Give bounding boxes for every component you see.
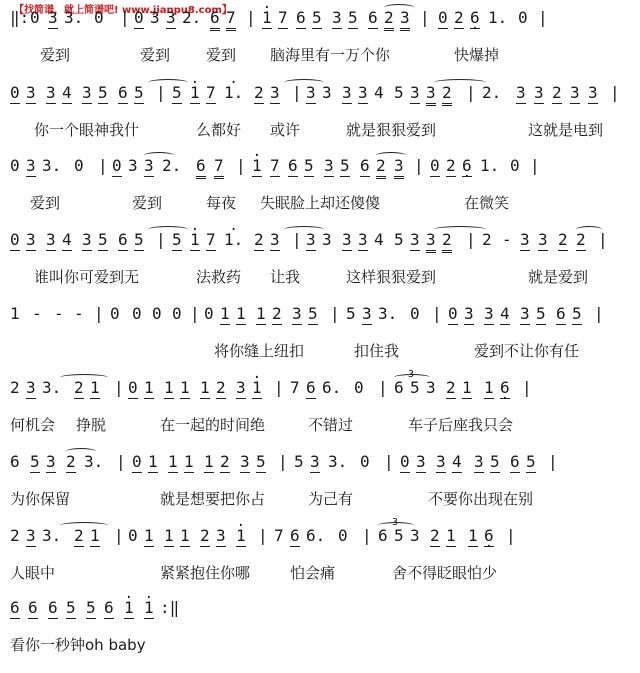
barline: | <box>292 83 302 103</box>
note: 5 <box>340 156 350 177</box>
lyric: 么都好 <box>196 119 241 140</box>
note: 7 <box>274 526 284 546</box>
note: 1 <box>462 378 472 399</box>
note: 0 <box>112 156 122 177</box>
barline: | <box>384 452 394 472</box>
note: 5 <box>394 83 404 103</box>
note: 5 <box>172 230 182 251</box>
note: 1 <box>252 378 262 399</box>
slur <box>434 79 486 86</box>
note: 1 <box>144 378 154 399</box>
note: 1 <box>190 83 200 104</box>
slur <box>384 4 414 11</box>
note: 2 <box>442 230 452 253</box>
note: 1 <box>144 526 154 547</box>
note: 3 <box>270 230 280 251</box>
note: 3 <box>322 83 332 103</box>
note: 5 <box>30 452 40 473</box>
lyric: 这就是电到 <box>528 119 603 140</box>
note: 0 <box>354 378 364 398</box>
note: 0 <box>204 304 214 324</box>
lyric: 挣脱 <box>76 414 106 435</box>
note: 3 <box>400 8 410 31</box>
note: 3 <box>410 230 420 251</box>
note: 3 <box>416 452 426 473</box>
note: 3. <box>378 304 397 324</box>
note: 3 <box>436 452 446 473</box>
note: 5 <box>410 378 420 398</box>
barline: | <box>598 230 608 250</box>
note: 1 <box>144 598 154 619</box>
note: 2 <box>376 156 386 179</box>
lyric: 在微笑 <box>464 192 509 213</box>
note: 5 <box>536 304 546 325</box>
note: 3 <box>588 83 598 104</box>
note: 2 <box>442 83 452 106</box>
note: 0 <box>128 378 138 399</box>
barline: | <box>156 230 166 250</box>
note: 0 <box>10 230 20 251</box>
note: 5 <box>304 156 314 177</box>
note: 1 <box>220 304 230 325</box>
note: 2. <box>182 8 201 28</box>
barline: | <box>258 526 268 546</box>
lyric: 爱到 <box>30 192 60 213</box>
note: 1 <box>204 452 214 473</box>
barline: | <box>236 156 246 176</box>
note: 2 <box>74 378 84 399</box>
note: 1 <box>184 452 194 473</box>
barline: | <box>292 230 302 250</box>
lyric: 让我 <box>270 266 300 287</box>
note: 1 <box>124 598 134 619</box>
note: 0 <box>132 304 142 324</box>
note: 3 <box>394 156 404 179</box>
barline: | <box>538 8 548 28</box>
note: 6 <box>394 378 404 398</box>
note: 3 <box>538 230 548 251</box>
slur <box>284 226 324 233</box>
barline: | <box>98 156 108 176</box>
note: 3 <box>410 526 420 546</box>
note: 0 <box>518 8 528 28</box>
note: 6 <box>556 304 566 325</box>
note: 3 <box>516 83 526 104</box>
note: 3 <box>358 83 368 104</box>
slur <box>376 152 406 159</box>
note: 1. <box>224 230 243 250</box>
lyric: 在一起的时间绝 <box>160 414 265 435</box>
lyric: 人眼中 <box>10 562 55 583</box>
note: 4 <box>500 304 510 325</box>
note: 0 <box>10 83 20 104</box>
note: 3 <box>426 230 436 253</box>
barline: | <box>330 304 340 324</box>
note: 2 <box>430 526 440 547</box>
note: 6 <box>360 156 370 177</box>
note: ‖: <box>10 8 29 28</box>
note: 2 <box>558 230 568 251</box>
note: 0 <box>448 304 458 325</box>
note: 2. <box>162 156 181 176</box>
lyric: 不错过 <box>308 414 353 435</box>
note: 5 <box>172 83 182 104</box>
note: - <box>54 304 64 324</box>
lyric: 怕会痛 <box>290 562 335 583</box>
note: 3 <box>342 83 352 104</box>
lyric: 爱到 <box>206 44 236 65</box>
note: 3 <box>46 452 56 473</box>
note: 6 <box>510 452 520 473</box>
note: 2 <box>10 378 20 398</box>
lyric: 爱到 <box>132 192 162 213</box>
note: 2 <box>254 230 264 251</box>
note: 3 <box>342 230 352 251</box>
barline: | <box>190 304 200 324</box>
note: 1 <box>190 230 200 251</box>
lyric: 谁叫你可爱到无 <box>34 266 139 287</box>
note: 3 <box>82 83 92 104</box>
note: 3 <box>292 304 302 325</box>
note: 2 <box>74 526 84 547</box>
lyric: 为你保留 <box>10 488 70 509</box>
note: 3 <box>144 156 154 177</box>
note: 3. <box>84 452 103 472</box>
note: 6 <box>462 156 472 177</box>
note: 6 <box>306 378 316 399</box>
slur <box>434 226 486 233</box>
note: 3. <box>42 156 61 176</box>
note: 7 <box>214 156 224 179</box>
lyric: 这样狠狠爱到 <box>346 266 436 287</box>
note: 3 <box>324 156 334 177</box>
note: 3 <box>26 378 36 399</box>
barline: | <box>362 526 372 546</box>
note: 1 <box>180 526 190 547</box>
note: 5 <box>134 230 144 251</box>
lyric: 将你缝上纽扣 <box>214 340 304 361</box>
note: 6 <box>10 452 20 472</box>
barline: | <box>466 83 476 103</box>
slur <box>60 522 108 529</box>
note: 7 <box>270 156 280 177</box>
note: 5 <box>98 230 108 251</box>
slur <box>284 79 324 86</box>
note: 5 <box>346 304 356 324</box>
note: 3 <box>426 378 436 398</box>
note: 5 <box>294 452 304 472</box>
note: 6 <box>368 8 378 29</box>
note: 3 <box>310 452 320 473</box>
barline: | <box>114 526 124 546</box>
note: 3 <box>236 378 246 399</box>
note: 6 <box>484 526 494 547</box>
note: 2 <box>552 83 562 104</box>
note: 5 <box>348 8 358 29</box>
note: 3 <box>26 83 36 104</box>
note: 3 <box>322 230 332 250</box>
barline: | <box>156 83 166 103</box>
note: 1 <box>262 8 272 29</box>
note: 6. <box>322 378 341 398</box>
barline: | <box>522 378 532 398</box>
note: 1. <box>480 156 499 176</box>
note: 0 <box>338 526 348 546</box>
barline: | <box>94 304 104 324</box>
note: 6. <box>306 526 325 546</box>
note: 3 <box>426 83 436 106</box>
note: 2 <box>220 452 230 473</box>
note: 3 <box>332 8 342 29</box>
note: 3 <box>570 83 580 104</box>
barline: | <box>432 304 442 324</box>
note: 6 <box>296 8 306 29</box>
note: 1 <box>236 526 246 547</box>
note: 3 <box>128 156 138 176</box>
note: 1 <box>252 156 262 177</box>
note: 5 <box>66 598 76 619</box>
lyric: 车子后座我只会 <box>408 414 513 435</box>
barline: | <box>610 83 620 103</box>
lyric: 法救药 <box>196 266 241 287</box>
note: 1 <box>90 378 100 399</box>
slur <box>66 448 96 455</box>
note: 5 <box>394 230 404 250</box>
note: 0 <box>400 452 410 473</box>
note: 2 <box>454 8 464 29</box>
lyric: 何机会 <box>10 414 55 435</box>
note: 3 <box>306 83 316 104</box>
barline: | <box>548 452 558 472</box>
note: 3 <box>270 83 280 104</box>
note: 7 <box>206 83 216 104</box>
note: 7 <box>278 8 288 29</box>
note: 6 <box>48 598 58 619</box>
note: 1 <box>256 304 266 325</box>
note: 4 <box>374 83 384 103</box>
note: 4 <box>62 83 72 104</box>
note: 2 <box>576 230 586 251</box>
note: 3. <box>42 378 61 398</box>
note: 3 <box>474 452 484 473</box>
note: 2 <box>482 230 492 250</box>
note: 6 <box>288 156 298 177</box>
note: 1 <box>200 378 210 399</box>
note: 0 <box>438 8 448 29</box>
note: 2 <box>446 156 456 177</box>
note: 1 <box>180 378 190 399</box>
lyric: 或许 <box>270 119 300 140</box>
lyric: 每夜 <box>206 192 236 213</box>
barline: | <box>414 156 424 176</box>
note: 3 <box>358 230 368 251</box>
note: 3 <box>534 83 544 104</box>
lyric: 不要你出现在别 <box>428 488 533 509</box>
lyric: 为己有 <box>308 488 353 509</box>
lyric: 就是爱到 <box>528 266 588 287</box>
note: 3 <box>46 83 56 104</box>
note: 2 <box>10 526 20 546</box>
note: - <box>74 304 84 324</box>
note: 5 <box>572 304 582 325</box>
note: 6 <box>118 230 128 251</box>
note: 6 <box>104 598 114 619</box>
note: 3 <box>362 304 372 325</box>
note: 3 <box>520 230 530 251</box>
note: 4 <box>452 452 462 473</box>
note: 1 <box>484 378 494 399</box>
note: 6 <box>290 526 300 547</box>
note: 0 <box>172 304 182 324</box>
note: 3 <box>520 304 530 325</box>
note: 3 <box>464 304 474 325</box>
note: 1 <box>164 526 174 547</box>
note: 6 <box>10 598 20 619</box>
note: 3 <box>166 8 176 29</box>
barline: | <box>274 378 284 398</box>
note: 0 <box>30 8 40 28</box>
note: 1 <box>164 378 174 399</box>
note: 3 <box>150 8 160 28</box>
note: 6 <box>500 378 510 399</box>
lyric: 看你一秒钟oh baby <box>10 634 146 655</box>
lyric: 就是想要把你占 <box>160 488 265 509</box>
barline: | <box>506 526 516 546</box>
note: 6 <box>28 598 38 619</box>
note: 3 <box>26 156 36 177</box>
note: 5 <box>490 452 500 473</box>
note: 0 <box>94 8 104 28</box>
note: 6 <box>378 526 388 546</box>
note: 0 <box>134 8 144 29</box>
note: 2 <box>200 526 210 547</box>
note: 5 <box>312 8 322 29</box>
note: 3 <box>240 452 250 473</box>
note: 5 <box>134 83 144 104</box>
note: 1 <box>236 304 246 325</box>
note: 2 <box>216 378 226 399</box>
note: 1 <box>468 526 478 547</box>
note: 3 <box>484 304 494 325</box>
note: 3 <box>82 230 92 251</box>
note: 3. <box>328 452 347 472</box>
lyric: 脑海里有一万个你 <box>270 44 390 65</box>
note: 4 <box>62 230 72 251</box>
lyric: 舍不得眨眼怕少 <box>392 562 497 583</box>
note: 0 <box>360 452 370 472</box>
note: 0 <box>410 304 420 324</box>
note: 1 <box>148 452 158 473</box>
note: 2 <box>66 452 76 473</box>
lyric: 你一个眼神我什 <box>34 119 139 140</box>
slur <box>148 226 188 233</box>
note: 0 <box>132 452 142 473</box>
note: 2 <box>254 83 264 104</box>
note: 3 <box>26 230 36 251</box>
barline: | <box>120 8 130 28</box>
lyric: 紧紧抱住你哪 <box>160 562 250 583</box>
note: 5 <box>526 452 536 473</box>
lyric: 爱到 <box>140 44 170 65</box>
note: 3 <box>410 83 420 104</box>
note: 0 <box>510 156 520 176</box>
note: 1 <box>10 304 20 324</box>
note: 2 <box>446 378 456 399</box>
note: 0 <box>74 156 84 176</box>
note: :‖ <box>160 598 179 618</box>
note: 0 <box>430 156 440 177</box>
slur <box>576 226 602 233</box>
note: 1 <box>446 526 456 547</box>
note: 5 <box>256 452 266 473</box>
note: 0 <box>110 304 120 324</box>
note: - <box>502 230 512 250</box>
note: 3. <box>64 8 83 28</box>
note: 3 <box>216 526 226 547</box>
note: 5 <box>394 526 404 546</box>
note: 3 <box>26 526 36 547</box>
barline: | <box>278 452 288 472</box>
barline: | <box>116 452 126 472</box>
note: 2 <box>384 8 394 31</box>
note: 3 <box>46 230 56 251</box>
note: 7 <box>290 378 300 398</box>
note: 7 <box>226 8 236 31</box>
triplet-mark: 3 <box>392 517 398 528</box>
note: 6 <box>470 8 480 29</box>
note: 5 <box>98 83 108 104</box>
note: 6 <box>210 8 220 31</box>
lyric: 爱到 <box>40 44 70 65</box>
lyric: 就是狠狠爱到 <box>346 119 436 140</box>
note: 0 <box>128 526 138 546</box>
triplet-mark: 3 <box>408 369 414 380</box>
barline: | <box>114 378 124 398</box>
note: 0 <box>10 156 20 176</box>
lyric: 爱到不让你有任 <box>474 340 579 361</box>
note: 6 <box>196 156 206 179</box>
note: 7 <box>206 230 216 251</box>
note: 2. <box>482 83 501 103</box>
barline: | <box>246 8 256 28</box>
barline: | <box>378 378 388 398</box>
note: 5 <box>86 598 96 619</box>
slur <box>148 79 188 86</box>
slur <box>60 374 108 381</box>
lyric: 失眠脸上却还傻傻 <box>260 192 380 213</box>
lyric: 快爆掉 <box>454 44 499 65</box>
note: - <box>32 304 42 324</box>
note: 1. <box>488 8 507 28</box>
slur <box>144 152 174 159</box>
note: 3. <box>42 526 61 546</box>
note: 5 <box>308 304 318 325</box>
barline: | <box>594 304 604 324</box>
barline: | <box>420 8 430 28</box>
barline: | <box>466 230 476 250</box>
note: 1 <box>90 526 100 547</box>
note: 6 <box>118 83 128 104</box>
note: 2 <box>272 304 282 325</box>
note: 3 <box>48 8 58 29</box>
note: 4 <box>374 230 384 250</box>
note: 3 <box>306 230 316 251</box>
note: 0 <box>152 304 162 324</box>
note: 1 <box>168 452 178 473</box>
note: 1. <box>224 83 243 103</box>
lyric: 扣住我 <box>354 340 399 361</box>
barline: | <box>530 156 540 176</box>
